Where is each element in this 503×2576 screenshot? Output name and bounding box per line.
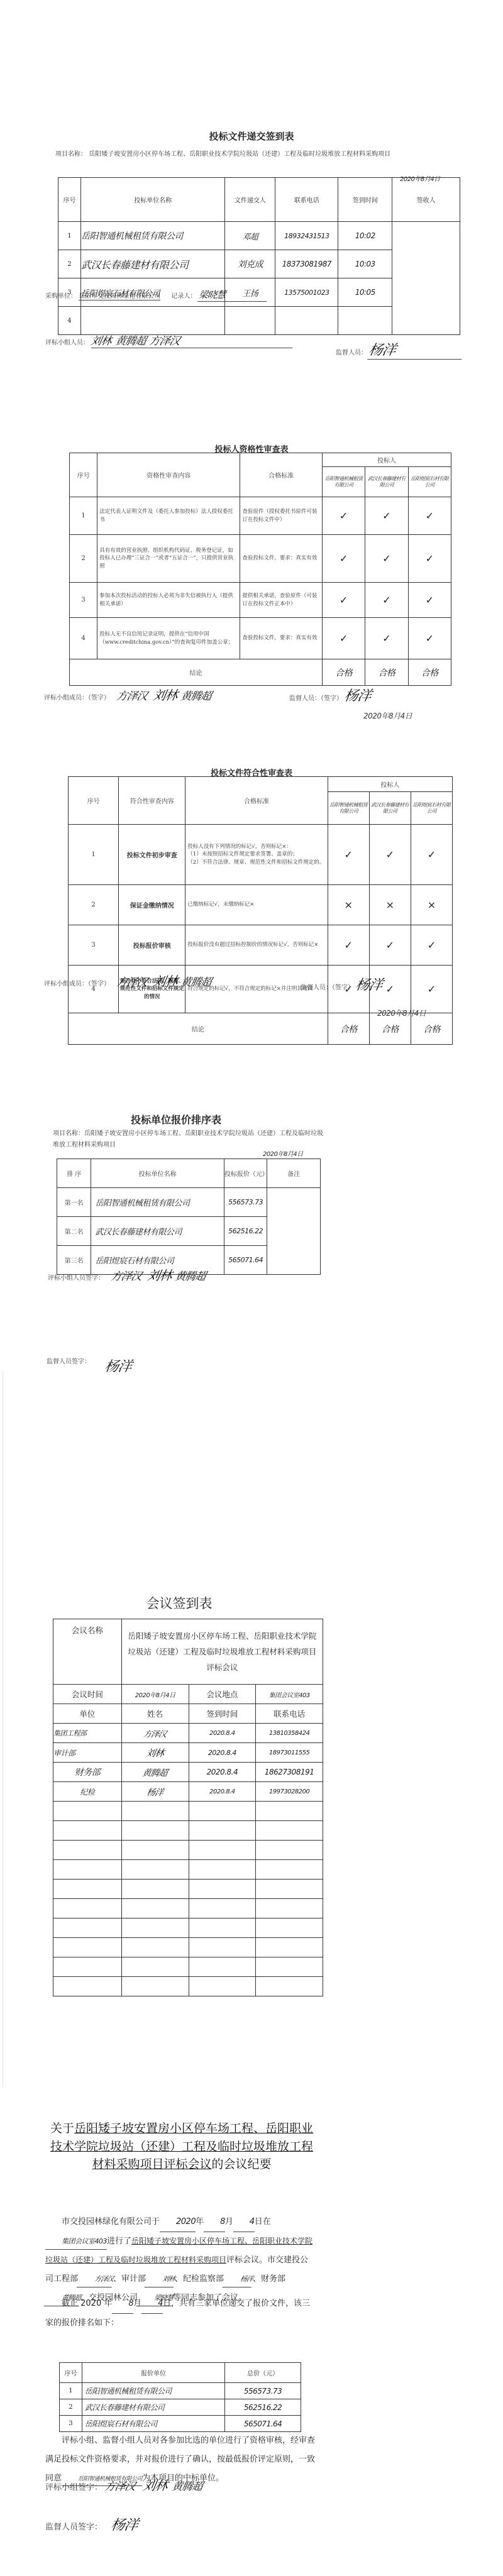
title-underlined: 岳阳矮子坡安置房小区停车场工程、岳阳职业技术学院垃圾站（还建）工程及临时垃圾堆放… (50, 2122, 313, 2171)
total-price: 565071.64 (225, 2416, 301, 2432)
project-label: 项目名称： (53, 1130, 84, 1137)
check-mark: ✓ (328, 825, 369, 885)
header-cell: 合格标准 (185, 777, 328, 825)
panel-label: 评标小组人员： (45, 339, 89, 346)
empty-cell (256, 1802, 323, 1821)
panel-signature: 黄腾超 (180, 973, 213, 989)
text: 进行了 (107, 2237, 131, 2246)
bid-price: 556573.73 (224, 1188, 267, 1217)
attendee-time: 2020.8.4 (189, 1763, 256, 1782)
text: 截止 2020 年 (62, 2299, 112, 2308)
header-cell: 排 序 (57, 1159, 91, 1188)
attendee-phone: 13810358424 (256, 1724, 323, 1743)
row-no: 1 (69, 825, 119, 885)
phone (275, 307, 338, 335)
row-no: 3 (70, 583, 97, 618)
qualification-review-page: 投标人资格性审查表 序号 资格性审查内容 合格标准 投标人 岳阳智通机械租赁有限… (0, 371, 503, 735)
empty-cell (121, 1860, 189, 1880)
table-row: 1 岳阳智通机械租赁有限公司 556573.73 (60, 2383, 301, 2399)
bid-submission-signin-page: 投标文件递交签到表 项目名称： 岳阳矮子坡安置房小区停车场工程、岳阳职业技术学院… (0, 0, 503, 368)
cross-mark: × (369, 885, 411, 925)
engineering-signature: 方泽汉 (77, 2271, 115, 2287)
empty-row (53, 1802, 323, 1821)
day-handwritten: 4 (233, 2213, 255, 2232)
panel-label: 评标小组成员：（签字） (44, 981, 110, 988)
empty-cell (121, 1938, 189, 1957)
review-content: 法定代表人证明文件及（委托人参加投标）法人授权委托书 (97, 497, 240, 535)
empty-cell (121, 1918, 189, 1938)
project-name-line: 项目名称：岳阳矮子坡安置房小区停车场工程、岳阳职业技术学院垃圾站（还建）工程及临… (53, 1128, 323, 1150)
panel-signature: 方泽汉 (116, 687, 148, 703)
header-cell: 签到时间 (338, 178, 392, 222)
company-name: 岳阳智通机械租赁有限公司 (91, 1188, 224, 1217)
empty-cell (121, 1899, 189, 1918)
empty-cell (189, 1841, 256, 1860)
empty-row (53, 1977, 323, 1996)
title-prefix: 关于 (50, 2122, 74, 2135)
empty-cell (189, 1938, 256, 1957)
panel-signature: 黄腾超 (174, 1267, 207, 1283)
check-mark: ✓ (408, 535, 451, 583)
empty-cell (53, 1938, 122, 1957)
total-price: 556573.73 (225, 2383, 301, 2399)
table-row: 1 投标文件初步审查 投标人没有下列情况的标记√，否则标记×： （1）未按照招标… (69, 825, 453, 885)
review-content: 保证金缴纳情况 (119, 885, 185, 925)
conclusion: 合格 (365, 659, 408, 686)
empty-cell (121, 1957, 189, 1977)
text: 日在 (255, 2217, 271, 2226)
panel-line: 评标小组签字： 方泽汉 刘林 黄腾超 (45, 2475, 202, 2494)
company-name: 武汉长春藤建材有限公司 (80, 250, 225, 278)
panel-label: 评标小组人员签字： (48, 1275, 104, 1282)
header-cell: 备注 (267, 1159, 321, 1188)
check-mark: ✓ (322, 618, 365, 659)
header-cell: 投标人 (328, 777, 452, 792)
meeting-name-row: 会议名称 岳阳矮子坡安置房小区停车场工程、岳阳职业技术学院垃圾站（还建）工程及临… (53, 1619, 323, 1685)
empty-cell (189, 1899, 256, 1918)
empty-cell (53, 1802, 122, 1821)
supervisor-signature: 杨洋 (109, 2514, 139, 2534)
submitter: 邓超 (225, 222, 275, 250)
supervisor-line: 监督人员：（签字） 杨洋 (301, 974, 382, 994)
conclusion-label: 结论 (69, 1013, 328, 1045)
supervisor-line: 监督人员签字： 杨洋 (45, 2514, 138, 2534)
purchaser-name: 岳阳市交投园林绿化有限公司 (79, 290, 160, 300)
panel-signature: 刘林 (141, 2475, 169, 2494)
review-standard: 已缴纳标记√，未缴纳标记× (185, 885, 328, 925)
company-name (80, 307, 225, 335)
rank: 第二名 (57, 1217, 91, 1246)
submitter (225, 307, 275, 335)
attendee-phone: 18973011555 (256, 1743, 323, 1763)
audit-signature: 刘林 (145, 2271, 177, 2287)
panel-signature: 刘林 (152, 685, 179, 703)
empty-cell (189, 1957, 256, 1977)
header-cell: 投标单位名称 (91, 1159, 224, 1188)
rank: 第一名 (57, 1188, 91, 1217)
header-cell: 序号 (60, 2363, 82, 2383)
empty-cell (256, 1899, 323, 1918)
review-content: 参加本次投标活动的投标人必须为非失信被执行人（提供相关承诺） (97, 583, 240, 618)
empty-row (53, 1880, 323, 1899)
empty-row (53, 1957, 323, 1977)
row-no: 3 (60, 2416, 82, 2432)
review-content: 具有有效的营业执照、组织机构代码证、税务登记证，如投标人已办理“三证合一”或者“… (97, 535, 240, 583)
panel-signature: 方泽汉 (116, 973, 148, 989)
supervisor-signature: 杨洋 (354, 974, 384, 994)
supervisor-line: 监督人员：（签字） 杨洋 (289, 685, 371, 705)
empty-cell (189, 1802, 256, 1821)
empty-cell (53, 1860, 122, 1880)
empty-cell (256, 1860, 323, 1880)
panel-signature: 黄腾超 (180, 687, 213, 703)
cross-mark: × (411, 885, 452, 925)
check-mark: ✓ (365, 535, 408, 583)
supervisor-line: 监督人员： 杨洋 (336, 339, 463, 360)
attendee-name: 黄腾超 (120, 1763, 191, 1782)
empty-row (53, 1841, 323, 1860)
review-standard: 查验投标文件，要求：真实有效 (240, 535, 323, 583)
header-cell: 符合性审查内容 (119, 777, 185, 825)
review-standard: 提供相关承诺，查验原件（可装订在投标文件正本中） (240, 583, 323, 618)
attendee-name: 杨洋 (120, 1782, 191, 1802)
minutes-paragraph-2: 截止 2020 年8月4日，共有三家单位递交了报价文件，该三家的报价排名如下： (45, 2294, 316, 2333)
attendee-name: 方泽汉 (120, 1724, 191, 1743)
text: 月 (133, 2299, 141, 2308)
table-row: 2 具有有效的营业执照、组织机构代码证、税务登记证，如投标人已办理“三证合一”或… (70, 535, 451, 583)
table-row: 3 投标报价审核 投标报价没有超过招标控制价的情况标记√，否则标记× ✓ ✓ ✓ (69, 925, 453, 966)
panel-line: 评标小组成员：（签字） 方泽汉 刘林 黄腾超 (44, 685, 211, 703)
text: 、审计部 (113, 2274, 146, 2284)
empty-cell (256, 1938, 323, 1957)
empty-cell (121, 1802, 189, 1821)
empty-cell (53, 1899, 122, 1918)
meeting-time-label: 会议时间 (53, 1685, 122, 1704)
empty-cell (121, 1841, 189, 1860)
review-content: 投标文件初步审查 (119, 825, 185, 885)
project-name: 岳阳矮子坡安置房小区停车场工程、岳阳职业技术学院垃圾站（还建）工程及临时垃圾堆放… (89, 151, 390, 158)
table-row: 2 武汉长春藤建材有限公司 562516.22 (60, 2399, 301, 2416)
bidder-name: 武汉长春藤建材有限公司 (365, 467, 408, 497)
row-no: 2 (60, 2399, 82, 2416)
header-cell: 序号 (69, 777, 119, 825)
check-mark: ✓ (411, 966, 452, 1013)
bid-price: 565071.64 (224, 1246, 267, 1275)
supervisor-label: 监督人员： (336, 350, 367, 356)
conformity-table: 序号 符合性审查内容 合格标准 投标人 岳阳智通机械租赁有限公司 武汉长春藤建材… (68, 776, 453, 1045)
empty-cell (121, 1880, 189, 1899)
empty-cell (53, 1821, 122, 1841)
empty-cell (189, 1860, 256, 1880)
text: 月 (225, 2217, 233, 2226)
panel-signature: 方泽汉 (148, 332, 181, 348)
meeting-place: 集团会议室403 (256, 1685, 323, 1704)
row-no: 1 (70, 497, 97, 535)
conclusion: 合格 (408, 659, 451, 686)
table-row: 财务部 黄腾超 2020.8.4 18627308191 (53, 1763, 323, 1782)
date-handwritten: 2020年8月4日 (377, 1008, 426, 1018)
company-name: 岳阳智通机械租赁有限公司 (80, 222, 225, 250)
purchaser-label: 采购单位： (45, 293, 77, 300)
panel-line: 评标小组人员签字： 方泽汉 刘林 黄腾超 (48, 1265, 206, 1284)
attendee-time: 2020.8.4 (189, 1724, 256, 1743)
meeting-time: 2020年8月4日 (121, 1685, 189, 1704)
check-mark: ✓ (365, 583, 408, 618)
panel-signature: 刘林 (90, 332, 113, 348)
price-ranking-page: 投标单位报价排序表 项目名称：岳阳矮子坡安置房小区停车场工程、岳阳职业技术学院垃… (0, 1097, 352, 1493)
review-content: 投标报价审核 (119, 925, 185, 966)
title-suffix: 的会议纪要 (212, 2157, 272, 2171)
table-row: 1 岳阳智通机械租赁有限公司 邓超 18932431513 10:02 (58, 222, 460, 250)
meeting-time-row: 会议时间 2020年8月4日 会议地点 集团会议室403 (53, 1685, 323, 1704)
signin-time: 10:02 (338, 222, 392, 250)
row-no: 1 (58, 222, 81, 250)
attendee-unit: 财务部 (53, 1763, 122, 1782)
conformity-review-page: 投标文件符合性审查表 序号 符合性审查内容 合格标准 投标人 岳阳智通机械租赁有… (0, 739, 503, 1094)
supervisor-label: 监督人员签字： (47, 1358, 91, 1365)
table-row: 3 参加本次投标活动的投标人必须为非失信被执行人（提供相关承诺） 提供相关承诺，… (70, 583, 451, 618)
bidder-name: 武汉长春藤建材有限公司 (369, 792, 411, 825)
company-name: 岳阳煜宸石材有限公司 (82, 2416, 224, 2432)
text: 、纪检监察部 (175, 2274, 224, 2284)
signin-time: 10:03 (338, 250, 392, 278)
submission-table: 序号 投标单位名称 文件递交人 联系电话 签到时间 签收人 1 岳阳智通机械租赁… (58, 177, 460, 335)
attendee-time: 2020.8.4 (189, 1743, 256, 1763)
check-mark: ✓ (408, 583, 451, 618)
table-header-row: 单位 姓名 签到时间 联系电话 (53, 1704, 323, 1724)
row-no: 2 (70, 535, 97, 583)
row-no: 4 (58, 307, 81, 335)
table-header-row: 序号 报价单位 总价（元） (60, 2363, 301, 2383)
phone: 13575001023 (275, 278, 338, 307)
table-header-row: 序号 投标单位名称 文件递交人 联系电话 签到时间 签收人 (58, 178, 460, 222)
review-content: 投标人无不良信用记录证明，提供在“信用中国（www.creditchina.go… (97, 618, 240, 659)
empty-cell (256, 1841, 323, 1860)
price-ranking-table: 排 序 投标单位名称 投标报价（元） 备注 第一名 岳阳智通机械租赁有限公司 5… (57, 1159, 321, 1275)
empty-row (53, 1821, 323, 1841)
signin-time (338, 307, 392, 335)
text: 年 (196, 2217, 204, 2226)
check-mark: ✓ (322, 497, 365, 535)
panel-signature: 刘林 (146, 1265, 173, 1284)
date-handwritten: 2020年8月4日 (363, 710, 412, 721)
conclusion-label: 结论 (70, 659, 323, 686)
project-label: 项目名称： (55, 151, 87, 158)
recorder-signature: 梁晓慧 (197, 288, 269, 302)
panel-line: 评标小组人员： 刘林 黄腾超 方泽汉 (45, 332, 292, 348)
empty-cell (121, 1977, 189, 1996)
conclusion: 合格 (322, 659, 365, 686)
header-cell: 投标报价（元） (224, 1159, 267, 1188)
supervisor-label: 监督人员：（签字） (301, 984, 354, 991)
signin-time: 10:05 (338, 278, 392, 307)
place-handwritten: 集团会议室403 (45, 2233, 107, 2250)
panel-line: 评标小组成员：（签字） 方泽汉 刘林 黄腾超 (44, 971, 211, 989)
check-mark: ✓ (369, 925, 411, 966)
header-cell: 联系电话 (275, 178, 338, 222)
minutes-price-table: 序号 报价单位 总价（元） 1 岳阳智通机械租赁有限公司 556573.73 2… (59, 2362, 301, 2432)
receiver-cell (392, 222, 460, 335)
empty-cell (189, 1880, 256, 1899)
panel-signatures: 刘林 黄腾超 方泽汉 (91, 332, 292, 348)
attendee-unit: 纪检 (53, 1782, 122, 1802)
meeting-place-label: 会议地点 (189, 1685, 256, 1704)
empty-cell (256, 1880, 323, 1899)
check-mark: ✓ (328, 925, 369, 966)
check-mark: ✓ (408, 618, 451, 659)
meeting-signin-page: 会议签到表 会议名称 岳阳矮子坡安置房小区停车场工程、岳阳职业技术学院垃圾站（还… (0, 1499, 358, 2071)
recorder-label: 记录人： (171, 293, 196, 300)
header-cell: 姓名 (121, 1704, 189, 1724)
review-standard: 投标人没有下列情况的标记√，否则标记×： （1）未按照招标文件规定要求签署、盖章… (185, 825, 328, 885)
supervisor-signature: 杨洋 (367, 339, 465, 360)
minutes-paragraph-1: 市交投园林绿化有限公司于2020年8月4日在集团会议室403进行了岳阳矮子坡安置… (45, 2213, 316, 2307)
header-cell: 总价（元） (225, 2363, 301, 2383)
conclusion: 合格 (328, 1013, 369, 1045)
supervisor-signature: 杨洋 (343, 685, 372, 705)
check-mark: ✓ (365, 618, 408, 659)
empty-cell (53, 1957, 122, 1977)
panel-signature: 方泽汉 (104, 2477, 136, 2493)
text: 市交投园林绿化有限公司于 (62, 2217, 160, 2226)
company-name: 武汉长春藤建材有限公司 (91, 1217, 224, 1246)
total-price: 562516.22 (225, 2399, 301, 2416)
empty-cell (53, 1841, 122, 1860)
header-cell: 资格性审查内容 (97, 453, 240, 497)
conclusion-row: 结论 合格 合格 合格 (70, 659, 451, 686)
page-title: 关于岳阳矮子坡安置房小区停车场工程、岳阳职业技术学院垃圾站（还建）工程及临时垃圾… (47, 2120, 317, 2174)
qualification-table: 序号 资格性审查内容 合格标准 投标人 岳阳智通机械租赁有限公司 武汉长春藤建材… (69, 453, 451, 686)
empty-cell (189, 1977, 256, 1996)
bidder-name: 岳阳智通机械租赁有限公司 (322, 467, 365, 497)
review-standard: 查验原件（授权委托书原件可装订在投标文件中） (240, 497, 323, 535)
table-row: 纪检 杨洋 2020.8.4 19973028200 (53, 1782, 323, 1802)
purchaser-line: 采购单位： 岳阳市交投园林绿化有限公司 记录人： 梁晓慧 (45, 288, 268, 302)
empty-row (53, 1938, 323, 1957)
attendee-unit: 审计部 (53, 1743, 122, 1763)
bidder-name: 岳阳煜宸石材有限公司 (408, 467, 451, 497)
meeting-name: 岳阳矮子坡安置房小区停车场工程、岳阳职业技术学院垃圾站（还建）工程及临时垃圾堆放… (121, 1619, 323, 1685)
empty-row (53, 1918, 323, 1938)
header-cell: 序号 (70, 453, 97, 497)
panel-signature: 黄腾超 (114, 332, 146, 348)
submitter: 刘克成 (225, 250, 275, 278)
supervisor-signature: 杨洋 (103, 1356, 133, 1375)
header-cell: 投标单位名称 (80, 178, 225, 222)
row-no: 2 (58, 250, 81, 278)
panel-signature: 刘林 (152, 971, 179, 989)
supervisor-label: 监督人员签字： (45, 2523, 102, 2532)
attendee-phone: 19973028200 (256, 1782, 323, 1802)
project-name-line: 项目名称： 岳阳矮子坡安置房小区停车场工程、岳阳职业技术学院垃圾站（还建）工程及… (55, 148, 390, 158)
company-name: 武汉长春藤建材有限公司 (82, 2399, 224, 2416)
panel-signature: 黄腾超 (171, 2477, 204, 2493)
empty-row (53, 1899, 323, 1918)
table-row: 3 岳阳煜宸石材有限公司 565071.64 (60, 2416, 301, 2432)
table-row: 2 保证金缴纳情况 已缴纳标记√，未缴纳标记× × × × (69, 885, 453, 925)
phone: 18373081987 (275, 250, 338, 278)
check-mark: ✓ (408, 497, 451, 535)
empty-cell (53, 1880, 122, 1899)
bidder-name: 岳阳智通机械租赁有限公司 (328, 792, 369, 825)
bid-price: 562516.22 (224, 1217, 267, 1246)
attendee-phone: 18627308191 (256, 1763, 323, 1782)
table-row: 审计部 刘林 2020.8.4 18973011555 (53, 1743, 323, 1763)
header-cell: 序号 (58, 178, 81, 222)
page-title: 投标单位报价排序表 (0, 1112, 352, 1126)
empty-cell (256, 1977, 323, 1996)
header-cell: 单位 (53, 1704, 122, 1724)
supervisor-label: 监督人员：（签字） (289, 695, 343, 702)
panel-label: 评标小组成员：（签字） (44, 695, 110, 702)
empty-cell (256, 1957, 323, 1977)
table-header-row: 排 序 投标单位名称 投标报价（元） 备注 (57, 1159, 321, 1188)
empty-row (53, 1860, 323, 1880)
supervisor-line: 监督人员签字： 杨洋 (47, 1348, 131, 1368)
panel-signature: 方泽汉 (110, 1267, 143, 1283)
page-title: 投标文件递交签到表 (0, 129, 503, 143)
review-standard: 投标报价没有超过招标控制价的情况标记√，否则标记× (185, 925, 328, 966)
phone: 18932431513 (275, 222, 338, 250)
header-cell: 投标人 (322, 453, 451, 467)
empty-cell (53, 1977, 122, 1996)
bidder-name: 岳阳煜宸石材有限公司 (411, 792, 452, 825)
table-row: 第一名 岳阳智通机械租赁有限公司 556573.73 (57, 1188, 321, 1217)
row-no: 2 (69, 885, 119, 925)
scan-edge (3, 1370, 3, 2087)
empty-cell (256, 1821, 323, 1841)
empty-cell (256, 1918, 323, 1938)
text: 、财务部 (253, 2274, 285, 2284)
table-header-row: 序号 资格性审查内容 合格标准 投标人 (70, 453, 451, 467)
row-no: 3 (69, 925, 119, 966)
page-title: 会议签到表 (0, 1593, 358, 1612)
empty-cell (189, 1918, 256, 1938)
attendee-unit: 集团工程部 (53, 1724, 122, 1743)
check-mark: ✓ (365, 497, 408, 535)
empty-cell (53, 1918, 122, 1938)
header-cell: 签收人 (392, 178, 460, 222)
row-no: 1 (60, 2383, 82, 2399)
year-handwritten: 2020 (160, 2213, 196, 2232)
empty-cell (189, 1821, 256, 1841)
header-cell: 联系电话 (256, 1704, 323, 1724)
meeting-signin-table: 会议名称 岳阳矮子坡安置房小区停车场工程、岳阳职业技术学院垃圾站（还建）工程及临… (53, 1619, 323, 1996)
check-mark: ✓ (411, 925, 452, 966)
panel-label: 评标小组签字： (45, 2483, 102, 2492)
discipline-signature: 杨洋 (223, 2271, 255, 2287)
company-name: 岳阳智通机械租赁有限公司 (82, 2383, 224, 2399)
table-row: 集团工程部 方泽汉 2020.8.4 13810358424 (53, 1724, 323, 1743)
meeting-name-label: 会议名称 (53, 1619, 122, 1685)
check-mark: ✓ (369, 825, 411, 885)
date-handwritten: 2020年8月4日 (263, 1148, 303, 1158)
check-mark: ✓ (322, 535, 365, 583)
header-cell: 报价单位 (82, 2363, 224, 2383)
attendee-time: 2020.8.4 (189, 1782, 256, 1802)
cross-mark: × (328, 885, 369, 925)
remarks-cell (267, 1188, 321, 1275)
month-handwritten: 8 (112, 2294, 133, 2314)
table-header-row: 序号 符合性审查内容 合格标准 投标人 (69, 777, 453, 792)
attendee-name: 刘林 (120, 1743, 191, 1763)
empty-cell (121, 1821, 189, 1841)
meeting-minutes-page: 关于岳阳矮子坡安置房小区停车场工程、岳阳职业技术学院垃圾站（还建）工程及临时垃圾… (0, 2074, 358, 2576)
header-cell: 文件递交人 (225, 178, 275, 222)
row-no: 4 (70, 618, 97, 659)
day-handwritten: 4 (141, 2294, 163, 2314)
month-handwritten: 8 (204, 2213, 225, 2232)
